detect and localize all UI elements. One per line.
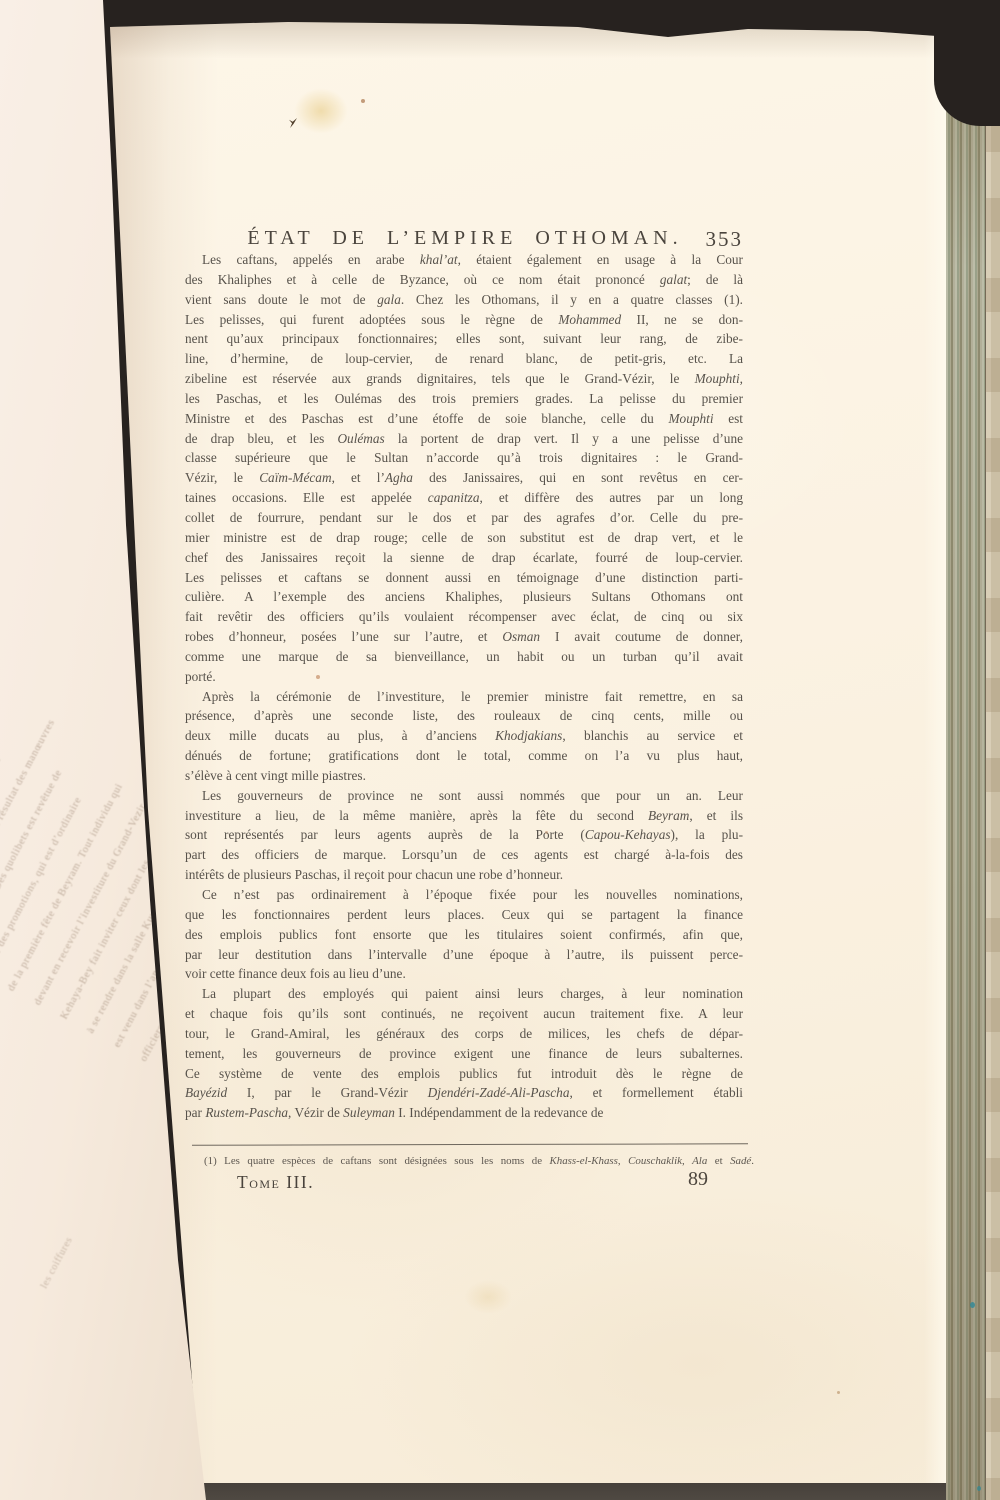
text-line: chef des Janissaires reçoit la sienne de… xyxy=(185,548,743,568)
page-title: ÉTAT DE L’EMPIRE OTHOMAN. xyxy=(185,227,745,250)
text-line: vient sans doute le mot de gala. Chez le… xyxy=(185,290,743,310)
body-text: Les caftans, appelés en arabe khal’at, é… xyxy=(185,250,743,1123)
text-line: La plupart des employés qui paient ainsi… xyxy=(185,984,743,1004)
edge-speck xyxy=(970,1302,975,1308)
text-line: Ce n’est pas ordinairement à l’époque fi… xyxy=(185,885,743,905)
text-line: classe supérieure que le Sultan n’accord… xyxy=(185,448,743,468)
text-line: investiture a lieu, de la même manière, … xyxy=(185,806,743,826)
text-line: des emplois publics font ensorte que les… xyxy=(185,925,743,945)
text-line: Ministre et des Paschas est d’une étoffe… xyxy=(185,409,743,429)
text-line: tement, les gouverneurs de province exig… xyxy=(185,1044,743,1064)
background-corner xyxy=(934,0,1000,126)
text-line: mier ministre est de drap rouge; celle d… xyxy=(185,528,743,548)
text-line: part des officiers de marque. Lorsqu’un … xyxy=(185,845,743,865)
text-line: Les pelisses et caftans se donnent aussi… xyxy=(185,568,743,588)
text-line: des Khaliphes et à celle de Byzance, où … xyxy=(185,270,743,290)
book-page-recto: ÉTAT DE L’EMPIRE OTHOMAN. 353 Les caftan… xyxy=(108,0,950,1483)
text-line: Les caftans, appelés en arabe khal’at, é… xyxy=(185,250,743,270)
text-line: Bayézid I, par le Grand-Vézir Djendéri-Z… xyxy=(185,1083,743,1103)
text-line: tour, le Grand-Amiral, les généraux des … xyxy=(185,1024,743,1044)
text-line: Les pelisses, qui furent adoptées sous l… xyxy=(185,310,743,330)
text-line: Les gouverneurs de province ne sont auss… xyxy=(185,786,743,806)
foxing-spot xyxy=(464,1280,512,1314)
text-line: dénués de fortune; gratifications dont l… xyxy=(185,746,743,766)
text-line: sont représentés par leurs agents auprès… xyxy=(185,825,743,845)
text-line: présence, d’après une seconde liste, des… xyxy=(185,706,743,726)
text-line: fait revêtir des officiers qu’ils voulai… xyxy=(185,607,743,627)
text-line: Après la cérémonie de l’investiture, le … xyxy=(185,687,743,707)
text-line: porté. xyxy=(185,667,743,687)
text-line: robes d’honneur, posées l’une sur l’autr… xyxy=(185,627,743,647)
foxing-spot xyxy=(294,88,348,134)
foxing-speck xyxy=(361,99,365,103)
text-line: culière. A l’exemple des anciens Khaliph… xyxy=(185,587,743,607)
text-line: de drap bleu, et les Oulémas la portent … xyxy=(185,429,743,449)
text-line: taines occasions. Elle est appelée capan… xyxy=(185,488,743,508)
verso-faint-text-bottom: les coiffures xyxy=(39,1020,190,1290)
text-line: et chaque fois qu’ils sont continués, ne… xyxy=(185,1004,743,1024)
book-photograph: { "colors":{ "background_dark":"#27221f"… xyxy=(0,0,1000,1500)
text-line: Ce système de vente des emplois publics … xyxy=(185,1064,743,1084)
edge-speck xyxy=(977,1486,981,1491)
page-number: 353 xyxy=(706,227,744,252)
text-line: les Paschas, et les Oulémas des trois pr… xyxy=(185,389,743,409)
text-line: nent qu’aux principaux fonctionnaires; e… xyxy=(185,329,743,349)
foxing-speck xyxy=(837,1391,840,1394)
signature-mark: 89 xyxy=(688,1168,708,1191)
text-line: Vézir, le Caïm-Mécam, et l’Agha des Jani… xyxy=(185,468,743,488)
volume-label: Tome III. xyxy=(237,1172,314,1193)
text-line: collet de fourrure, pendant sur le dos e… xyxy=(185,508,743,528)
text-line: s’élève à cent vingt mille piastres. xyxy=(185,766,743,786)
text-line: zibeline est réservée aux grands dignita… xyxy=(185,369,743,389)
text-line: line, d’hermine, de loup-cervier, de ren… xyxy=(185,349,743,369)
text-line: comme une marque de sa bienveillance, un… xyxy=(185,647,743,667)
text-line: par Rustem-Pascha, Vézir de Suleyman I. … xyxy=(185,1103,743,1123)
footnote-text: (1) Les quatre espèces de caftans sont d… xyxy=(204,1154,754,1168)
text-line: que les fonctionnaires perdent leurs pla… xyxy=(185,905,743,925)
text-line: deux mille ducats au plus, à d’anciens K… xyxy=(185,726,743,746)
text-line: par leur destitution dans l’intervalle d… xyxy=(185,945,743,965)
text-line: voir cette finance deux fois au lieu d’u… xyxy=(185,964,743,984)
page-top-shadow xyxy=(108,0,950,78)
fore-edge-pages xyxy=(946,34,986,1500)
page-block-edge xyxy=(985,118,1000,1500)
text-line: intérêts de plusieurs Paschas, il reçoit… xyxy=(185,865,743,885)
